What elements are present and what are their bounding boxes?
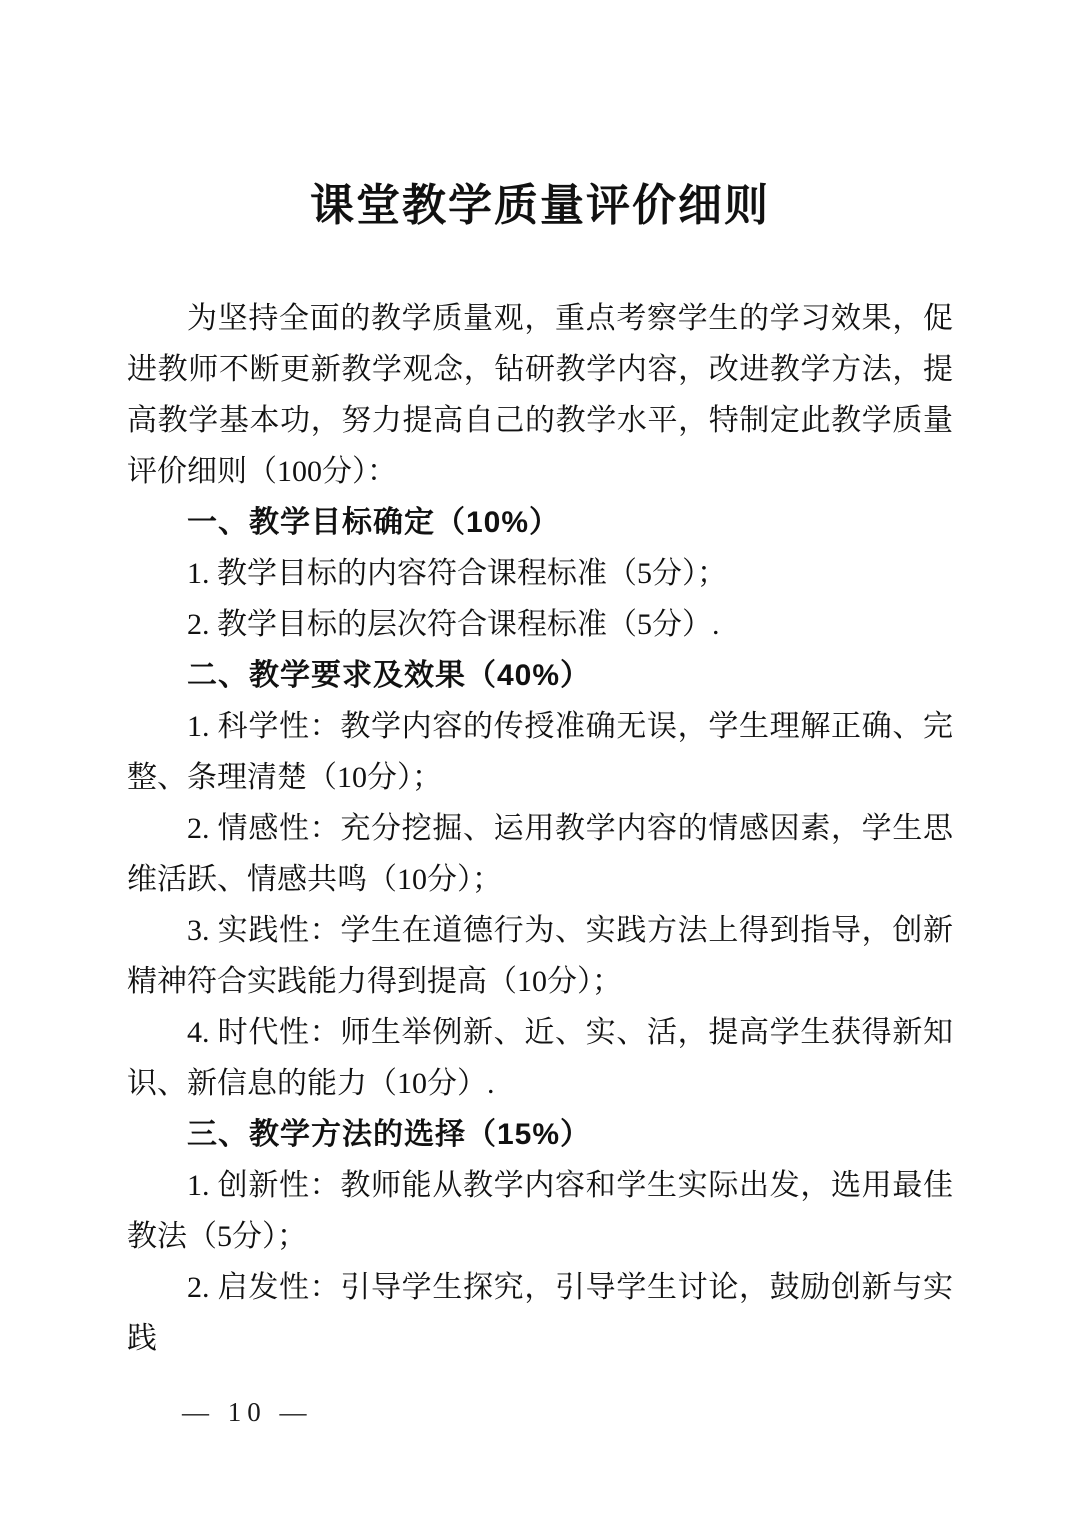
page-number: — 10 — bbox=[182, 1397, 313, 1428]
section-heading-1: 一、教学目标确定（10%） bbox=[127, 497, 953, 548]
list-item: 1. 教学目标的内容符合课程标准（5分）； bbox=[127, 548, 953, 599]
section-heading-3: 三、教学方法的选择（15%） bbox=[127, 1109, 953, 1160]
list-item: 2. 情感性：充分挖掘、运用教学内容的情感因素，学生思维活跃、情感共鸣（10分）… bbox=[127, 803, 953, 905]
list-item: 3. 实践性：学生在道德行为、实践方法上得到指导，创新精神符合实践能力得到提高（… bbox=[127, 905, 953, 1007]
list-item: 1. 创新性：教师能从教学内容和学生实际出发，选用最佳教法（5分）； bbox=[127, 1160, 953, 1262]
document-body: 为坚持全面的教学质量观，重点考察学生的学习效果，促进教师不断更新教学观念，钻研教… bbox=[127, 293, 953, 1364]
list-item: 2. 启发性：引导学生探究，引导学生讨论，鼓励创新与实践 bbox=[127, 1262, 953, 1364]
list-item: 1. 科学性：教学内容的传授准确无误，学生理解正确、完整、条理清楚（10分）； bbox=[127, 701, 953, 803]
list-item: 2. 教学目标的层次符合课程标准（5分）. bbox=[127, 599, 953, 650]
document-page: 课堂教学质量评价细则 为坚持全面的教学质量观，重点考察学生的学习效果，促进教师不… bbox=[0, 0, 1080, 1527]
intro-paragraph: 为坚持全面的教学质量观，重点考察学生的学习效果，促进教师不断更新教学观念，钻研教… bbox=[127, 293, 953, 497]
section-heading-2: 二、教学要求及效果（40%） bbox=[127, 650, 953, 701]
document-title: 课堂教学质量评价细则 bbox=[127, 183, 953, 229]
list-item: 4. 时代性：师生举例新、近、实、活，提高学生获得新知识、新信息的能力（10分）… bbox=[127, 1007, 953, 1109]
